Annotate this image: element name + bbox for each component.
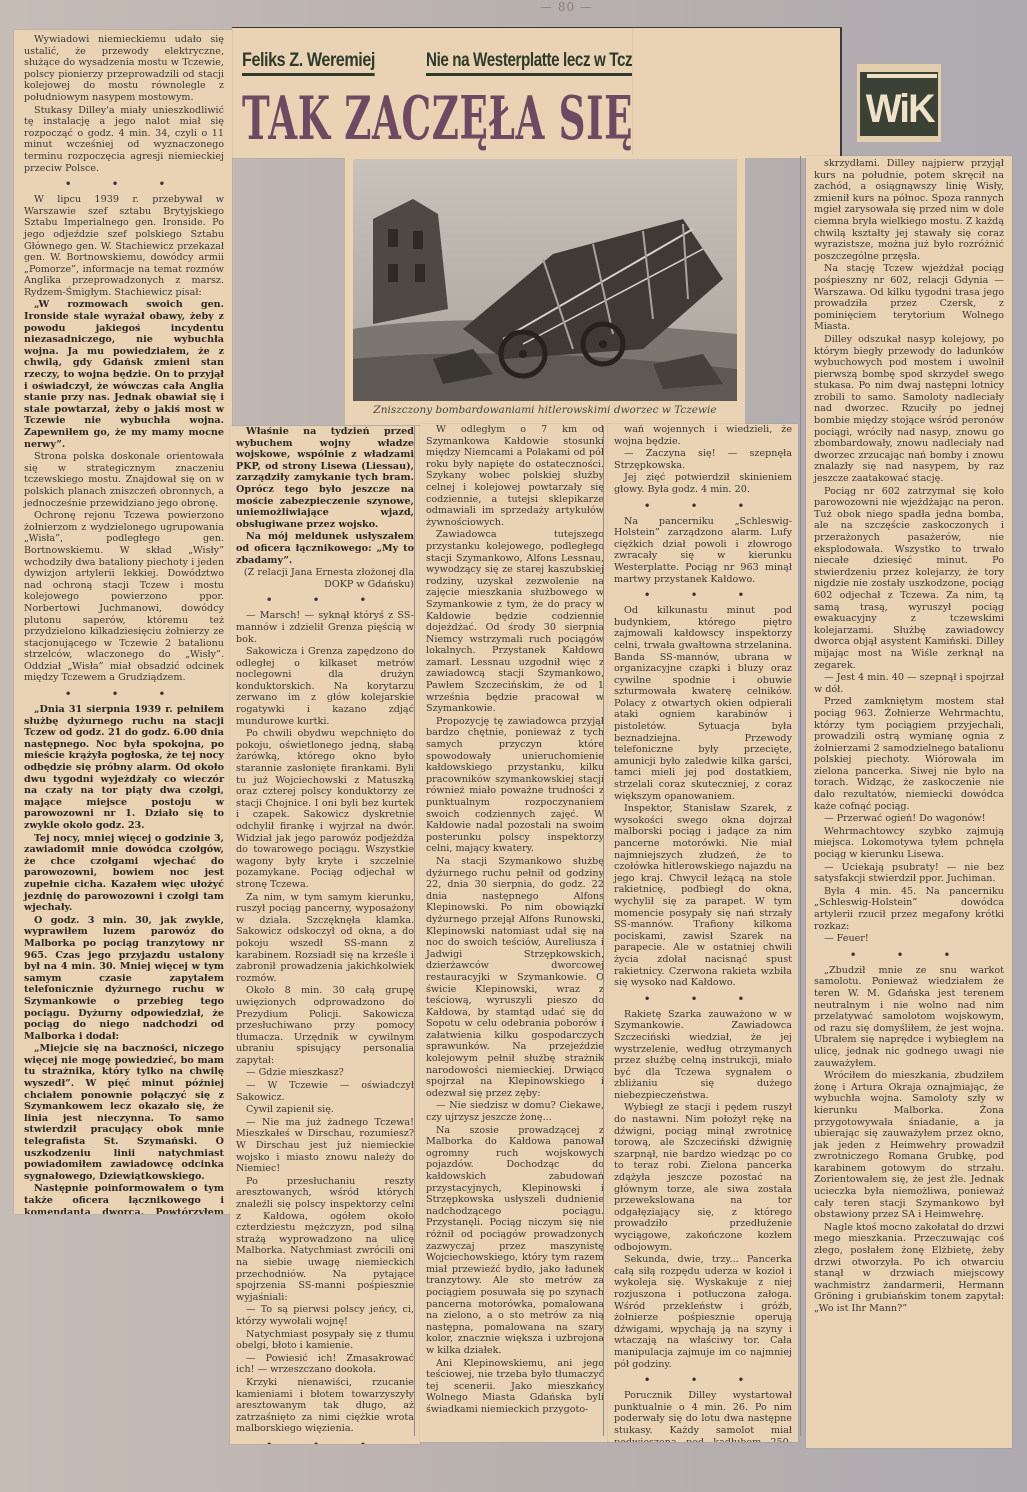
article-paragraph: Rakietę Szarka zauważono w w Szymankowie…: [614, 1009, 792, 1102]
article-paragraph: — Jest 4 min. 40 — szepnął i spojrzał w …: [814, 672, 1004, 695]
article-paragraph: Na pancerniku „Schleswig-Holstein” zarzą…: [614, 516, 792, 586]
article-paragraph: Po przesłuchaniu reszty aresztowanych, w…: [236, 1176, 414, 1304]
ruined-railway-station-photo-icon: [353, 159, 737, 401]
article-paragraph: Przed zamkniętym mostem stał pociąg 963.…: [814, 696, 1004, 812]
article-paragraph: wań wojennych i wiedzieli, że wojna będz…: [614, 424, 792, 447]
article-paragraph: Za nim, w tym samym kierunku, ruszył poc…: [236, 892, 414, 985]
article-header: Feliks Z. Weremiej Nie na Westerplatte l…: [232, 28, 632, 158]
article-paragraph: Stukasy Dilley'a miały unieszkodliwić tę…: [24, 105, 224, 175]
article-paragraph: Cywil zapienił się.: [236, 1104, 414, 1116]
article-paragraph: „Zbudził mnie ze snu warkot samolotu. Po…: [814, 965, 1004, 1069]
header-blank-area: [632, 28, 840, 158]
section-separator: • • •: [24, 176, 224, 192]
article-paragraph: Natychmiast posypały się z tłumu obelgi,…: [236, 1329, 414, 1352]
article-kicker: Nie na Westerplatte lecz w Tczewie: [426, 50, 632, 76]
article-paragraph: „W rozmowach swoich gen. Ironside stale …: [24, 299, 224, 450]
section-separator: • • •: [814, 947, 1004, 963]
article-paragraph: Zawiadowca tutejszego przystanku kolejow…: [426, 529, 604, 715]
article-paragraph: Jej zięć potwierdził skinieniem głowy. B…: [614, 472, 792, 495]
article-column-3: W odległym o 7 km od Szymankowa Kałdowie…: [420, 424, 610, 1442]
article-paragraph: Nagle ktoś mocno zakołatał do drzwi mego…: [814, 1222, 1004, 1315]
photo-clipping: Zniszczony bombardowaniami hitlerowskimi…: [345, 155, 745, 425]
column-divider: [414, 426, 415, 1436]
article-paragraph: (Z relacji Jana Ernesta złożonej dla DOK…: [236, 567, 414, 590]
column-divider: [800, 156, 801, 1436]
article-paragraph: Pociąg nr 602 zatrzymał się koło parowoz…: [814, 486, 1004, 672]
article-paragraph: Od kilkunastu minut pod budynkiem, które…: [614, 605, 792, 802]
article-paragraph: — Marsch! — syknął któryś z SS-mannów i …: [236, 610, 414, 645]
article-paragraph: — Zaczyna się! — szepnęła Strzępkowska.: [614, 448, 792, 471]
article-paragraph: — Gdzie mieszkasz?: [236, 1067, 414, 1079]
article-paragraph: — To są pierwsi polscy jeńcy, ci, którzy…: [236, 1304, 414, 1327]
article-paragraph: Była 4 min. 45. Na pancerniku „Schleswig…: [814, 886, 1004, 932]
author-byline: Feliks Z. Weremiej: [242, 50, 375, 76]
column-divider: [603, 426, 604, 1436]
article-paragraph: Na mój meldunek usłyszałem od oficera łą…: [236, 531, 414, 566]
article-paragraph: „Miejcie się na baczności, niczego więce…: [24, 1043, 224, 1182]
article-paragraph: Sakowicza i Grenza zapędzono do odległej…: [236, 646, 414, 727]
article-column-2: Właśnie na tydzień przed wybuchem wojny …: [230, 426, 420, 1444]
section-separator: • • •: [24, 686, 224, 702]
article-paragraph: Na stację Tczew wjeżdżał pociąg pośpiesz…: [814, 263, 1004, 333]
article-paragraph: Wybiegł ze stacji i pędem ruszył do nast…: [614, 1102, 792, 1253]
article-paragraph: — Nie siedzisz w domu? Ciekawe, czy ujrz…: [426, 1100, 604, 1123]
article-paragraph: Właśnie na tydzień przed wybuchem wojny …: [236, 426, 414, 530]
article-paragraph: — Uciekają psubraty! — nie bez satysfakc…: [814, 862, 1004, 885]
article-paragraph: Wywiadowi niemieckiemu udało się ustalić…: [24, 34, 224, 104]
section-separator: • • •: [614, 1372, 792, 1388]
article-paragraph: Strona polska doskonale orientowała się …: [24, 451, 224, 509]
section-separator: • • •: [614, 587, 792, 603]
article-paragraph: Tej nocy, mniej więcej o godzinie 3, zaw…: [24, 833, 224, 914]
article-paragraph: — Feuer!: [814, 933, 1004, 945]
article-paragraph: skrzydłami. Dilley najpierw przyjął kurs…: [814, 158, 1004, 262]
article-paragraph: W lipcu 1939 r. przebywał w Warszawie sz…: [24, 194, 224, 298]
article-paragraph: Wróciłem do mieszkania, zbudziłem żonę i…: [814, 1070, 1004, 1221]
section-separator: • • •: [236, 1437, 414, 1444]
article-paragraph: Na stacji Szymankowo służbę dyżurnego ru…: [426, 856, 604, 1099]
article-paragraph: Porucznik Dilley wystartował punktualnie…: [614, 1390, 792, 1442]
article-paragraph: „Dnia 31 sierpnia 1939 r. pełniłem służb…: [24, 704, 224, 832]
article-paragraph: Następnie poinformowałem o tym także ofi…: [24, 1183, 224, 1214]
article-paragraph: Na szosie prowadzącej z Malborka do Kałd…: [426, 1125, 604, 1357]
article-paragraph: O godz. 3 min. 30, jak zwykle, wyprawiłe…: [24, 915, 224, 1043]
article-column-4: wań wojennych i wiedzieli, że wojna będz…: [608, 424, 798, 1442]
article-paragraph: Ochronę rejonu Tczewa powierzono żołnier…: [24, 510, 224, 684]
logo-block: WiK: [860, 72, 938, 136]
article-paragraph: Sekunda, dwie, trzy... Pancerka całą sił…: [614, 1254, 792, 1370]
article-paragraph: — Powiesić ich! Zmasakrować ich! — wrzes…: [236, 1353, 414, 1376]
article-paragraph: Propozycję tę zawiadowca przyjął bardzo …: [426, 716, 604, 855]
article-paragraph: W odległym o 7 km od Szymankowa Kałdowie…: [426, 424, 604, 528]
article-headline: TAK ZACZĘŁA SIĘ WOJNA...: [242, 86, 632, 152]
logo-text: WiK: [866, 86, 934, 132]
page-number: — 80 —: [540, 0, 593, 14]
article-paragraph: — W Tczewie — oświadczył Sakowicz.: [236, 1080, 414, 1103]
publication-logo: WiK: [857, 64, 941, 142]
article-column-1: Wywiadowi niemieckiemu udało się ustalić…: [14, 30, 232, 1214]
section-separator: • • •: [614, 991, 792, 1007]
article-paragraph: Po chwili obydwu wepchnięto do pokoju, o…: [236, 728, 414, 890]
article-paragraph: Krzyki nienawiści, rzucanie kamieniami i…: [236, 1377, 414, 1435]
article-paragraph: Około 8 min. 30 całą grupę uwięzionych o…: [236, 985, 414, 1066]
article-paragraph: Wehrmachtowcy szybko zajmują miejsca. Lo…: [814, 826, 1004, 861]
article-paragraph: — Nie ma już żadnego Tczewa! Mieszkałeś …: [236, 1117, 414, 1175]
article-column-5: skrzydłami. Dilley najpierw przyjął kurs…: [806, 156, 1012, 1448]
logo-bar: [867, 74, 937, 78]
article-paragraph: — Przerwać ogień! Do wagonów!: [814, 813, 1004, 825]
article-paragraph: Ani Klepinowskiemu, ani jego teściowej, …: [426, 1358, 604, 1416]
article-paragraph: Dilley odszukał nasyp kolejowy, po który…: [814, 334, 1004, 485]
article-paragraph: Inspektor, Stanisław Szarek, z wysokości…: [614, 803, 792, 989]
header-side-rule: [840, 28, 842, 158]
section-separator: • • •: [614, 498, 792, 514]
section-separator: • • •: [236, 592, 414, 608]
photo-caption: Zniszczony bombardowaniami hitlerowskimi…: [345, 404, 745, 416]
